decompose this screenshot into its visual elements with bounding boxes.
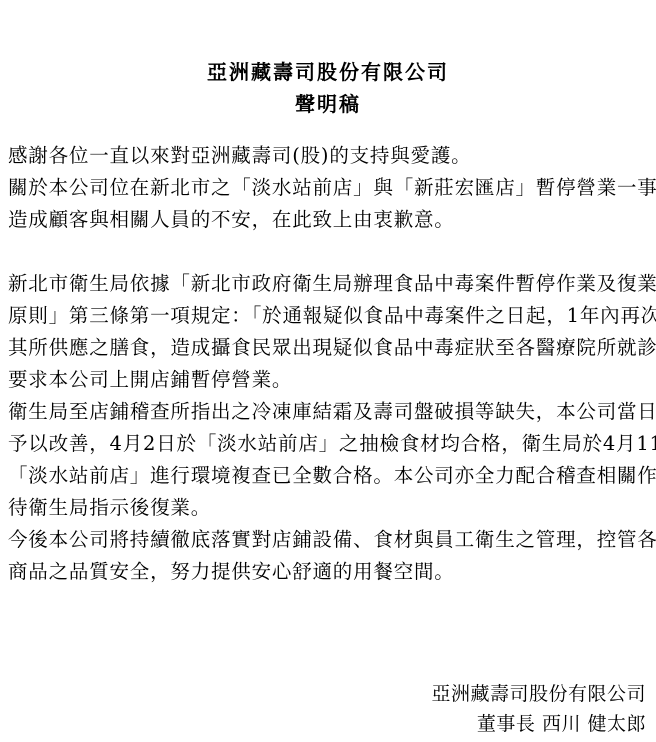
statement-body: 感謝各位一直以來對亞洲藏壽司(股)的支持與愛護。 關於本公司位在新北市之「淡水站…: [8, 140, 648, 588]
body-line: 待衛生局指示後復業。: [8, 492, 648, 524]
body-line: 新北市衛生局依據「新北市政府衛生局辦理食品中毒案件暫停作業及復業處理: [8, 268, 648, 300]
signature-signer: 董事長 西川 健太郎: [8, 709, 646, 739]
body-line: 衛生局至店鋪稽查所指出之冷凍庫結霜及壽司盤破損等缺失，本公司當日即: [8, 396, 648, 428]
body-line: 造成顧客與相關人員的不安，在此致上由衷歉意。: [8, 204, 648, 236]
signature-company: 亞洲藏壽司股份有限公司: [8, 679, 646, 709]
body-line: 感謝各位一直以來對亞洲藏壽司(股)的支持與愛護。: [8, 140, 648, 172]
body-line: 予以改善，4月2日於「淡水站前店」之抽檢食材均合格，衛生局於4月11日至: [8, 428, 648, 460]
body-line: 今後本公司將持續徹底落實對店鋪設備、食材與員工衛生之管理，控管各項: [8, 524, 648, 556]
body-line: 「淡水站前店」進行環境複查已全數合格。本公司亦全力配合稽查相關作業，: [8, 460, 648, 492]
body-line: 原則」第三條第一項規定：「於通報疑似食品中毒案件之日起，1年內再次接獲: [8, 300, 648, 332]
document-header: 亞洲藏壽司股份有限公司 聲明稿: [8, 56, 648, 120]
body-line: 關於本公司位在新北市之「淡水站前店」與「新莊宏匯店」暫停營業一事，: [8, 172, 648, 204]
explanation-paragraph: 新北市衛生局依據「新北市政府衛生局辦理食品中毒案件暫停作業及復業處理 原則」第三…: [8, 268, 648, 588]
body-line: 商品之品質安全，努力提供安心舒適的用餐空間。: [8, 556, 648, 588]
signature-block: 亞洲藏壽司股份有限公司 董事長 西川 健太郎: [8, 679, 648, 739]
company-title: 亞洲藏壽司股份有限公司: [8, 56, 648, 88]
document-subtitle: 聲明稿: [8, 88, 648, 120]
body-line: 其所供應之膳食，造成攝食民眾出現疑似食品中毒症狀至各醫療院所就診者。」: [8, 332, 648, 364]
statement-document-page: 亞洲藏壽司股份有限公司 聲明稿 感謝各位一直以來對亞洲藏壽司(股)的支持與愛護。…: [0, 0, 656, 742]
body-line: 要求本公司上開店鋪暫停營業。: [8, 364, 648, 396]
apology-paragraph: 感謝各位一直以來對亞洲藏壽司(股)的支持與愛護。 關於本公司位在新北市之「淡水站…: [8, 140, 648, 236]
